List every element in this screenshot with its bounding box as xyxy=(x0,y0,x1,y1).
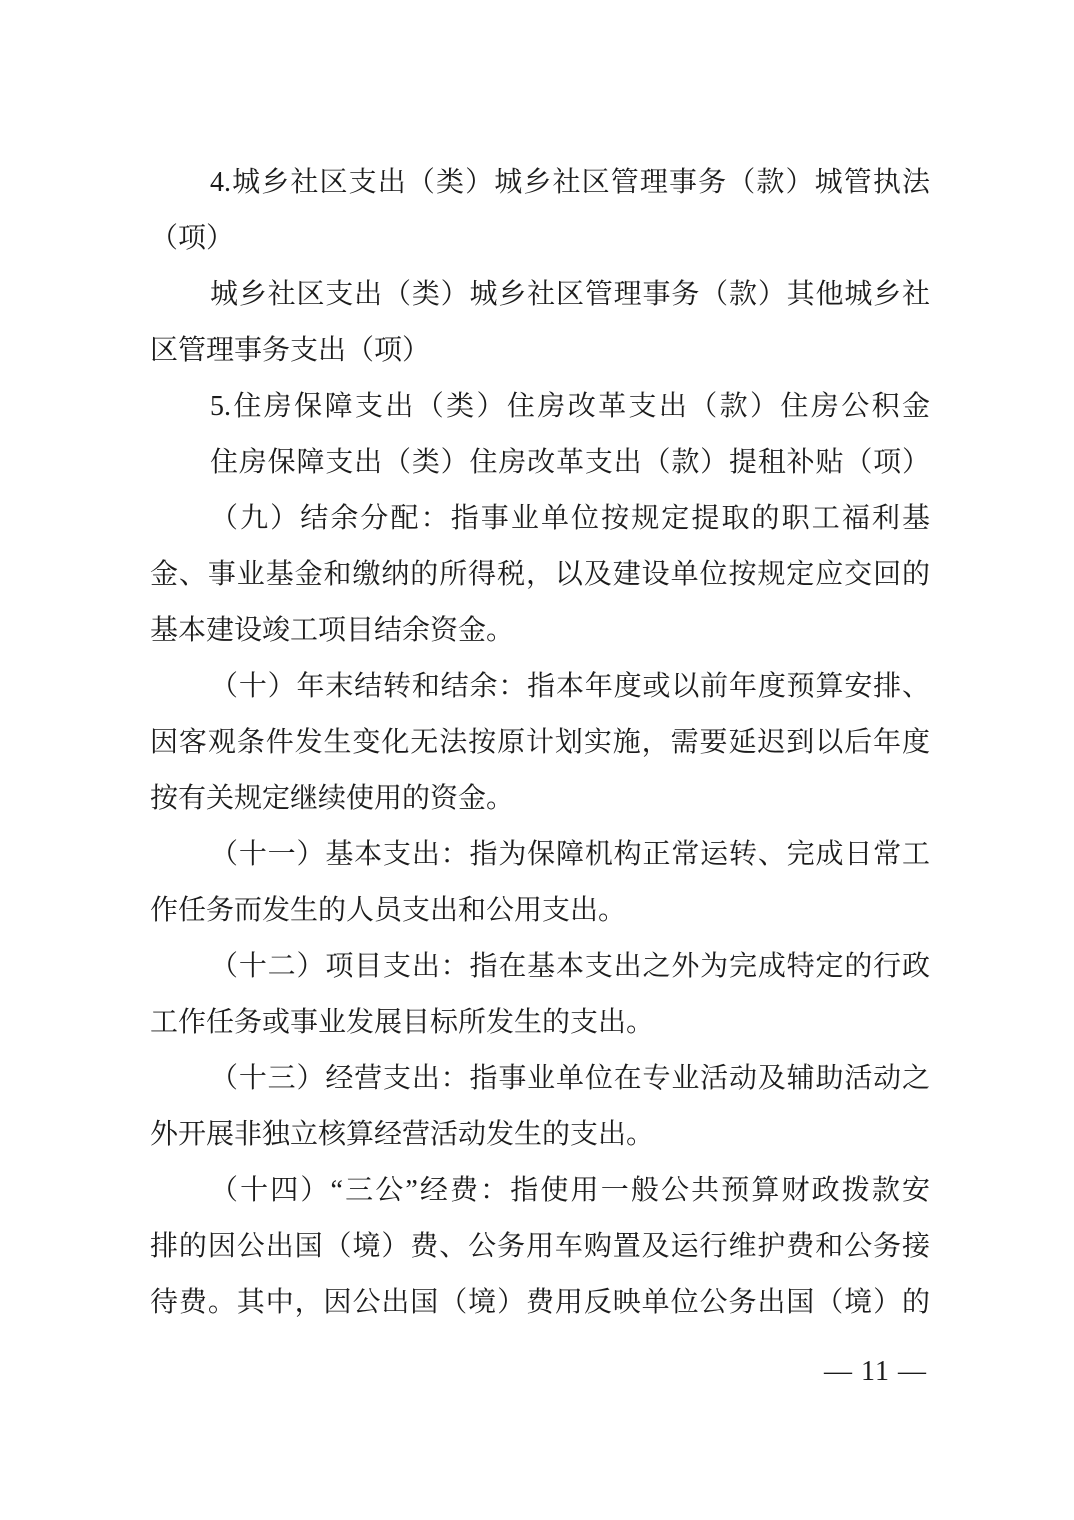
text-line: （十一）基本支出：指为保障机构正常运转、完成日常工 xyxy=(150,827,930,883)
text-line: 外开展非独立核算经营活动发生的支出。 xyxy=(150,1107,930,1163)
text-line: 4.城乡社区支出（类）城乡社区管理事务（款）城管执法 xyxy=(150,155,930,211)
text-line: （十四）“三公”经费：指使用一般公共预算财政拨款安 xyxy=(150,1163,930,1219)
text-line: 按有关规定继续使用的资金。 xyxy=(150,771,930,827)
text-line: 工作任务或事业发展目标所发生的支出。 xyxy=(150,995,930,1051)
document-page: 4.城乡社区支出（类）城乡社区管理事务（款）城管执法 （项） 城乡社区支出（类）… xyxy=(0,0,1074,1520)
page-number: — 11 — xyxy=(824,1352,927,1392)
text-line: 5.住房保障支出（类）住房改革支出（款）住房公积金（项） xyxy=(150,379,930,435)
text-line: （九）结余分配：指事业单位按规定提取的职工福利基 xyxy=(150,491,930,547)
text-line: 基本建设竣工项目结余资金。 xyxy=(150,603,930,659)
text-line: 城乡社区支出（类）城乡社区管理事务（款）其他城乡社 xyxy=(150,267,930,323)
text-line: （十三）经营支出：指事业单位在专业活动及辅助活动之 xyxy=(150,1051,930,1107)
text-line: 待费。其中，因公出国（境）费用反映单位公务出国（境）的 xyxy=(150,1275,930,1331)
text-line: 区管理事务支出（项） xyxy=(150,323,930,379)
text-line: （项） xyxy=(150,211,930,267)
text-line: 作任务而发生的人员支出和公用支出。 xyxy=(150,883,930,939)
text-line: 住房保障支出（类）住房改革支出（款）提租补贴（项） xyxy=(150,435,930,491)
text-line: （十）年末结转和结余：指本年度或以前年度预算安排、 xyxy=(150,659,930,715)
text-line: 金、事业基金和缴纳的所得税，以及建设单位按规定应交回的 xyxy=(150,547,930,603)
text-line: （十二）项目支出：指在基本支出之外为完成特定的行政 xyxy=(150,939,930,995)
text-line: 排的因公出国（境）费、公务用车购置及运行维护费和公务接 xyxy=(150,1219,930,1275)
text-line: 因客观条件发生变化无法按原计划实施，需要延迟到以后年度 xyxy=(150,715,930,771)
document-text-block: 4.城乡社区支出（类）城乡社区管理事务（款）城管执法 （项） 城乡社区支出（类）… xyxy=(150,155,930,1331)
